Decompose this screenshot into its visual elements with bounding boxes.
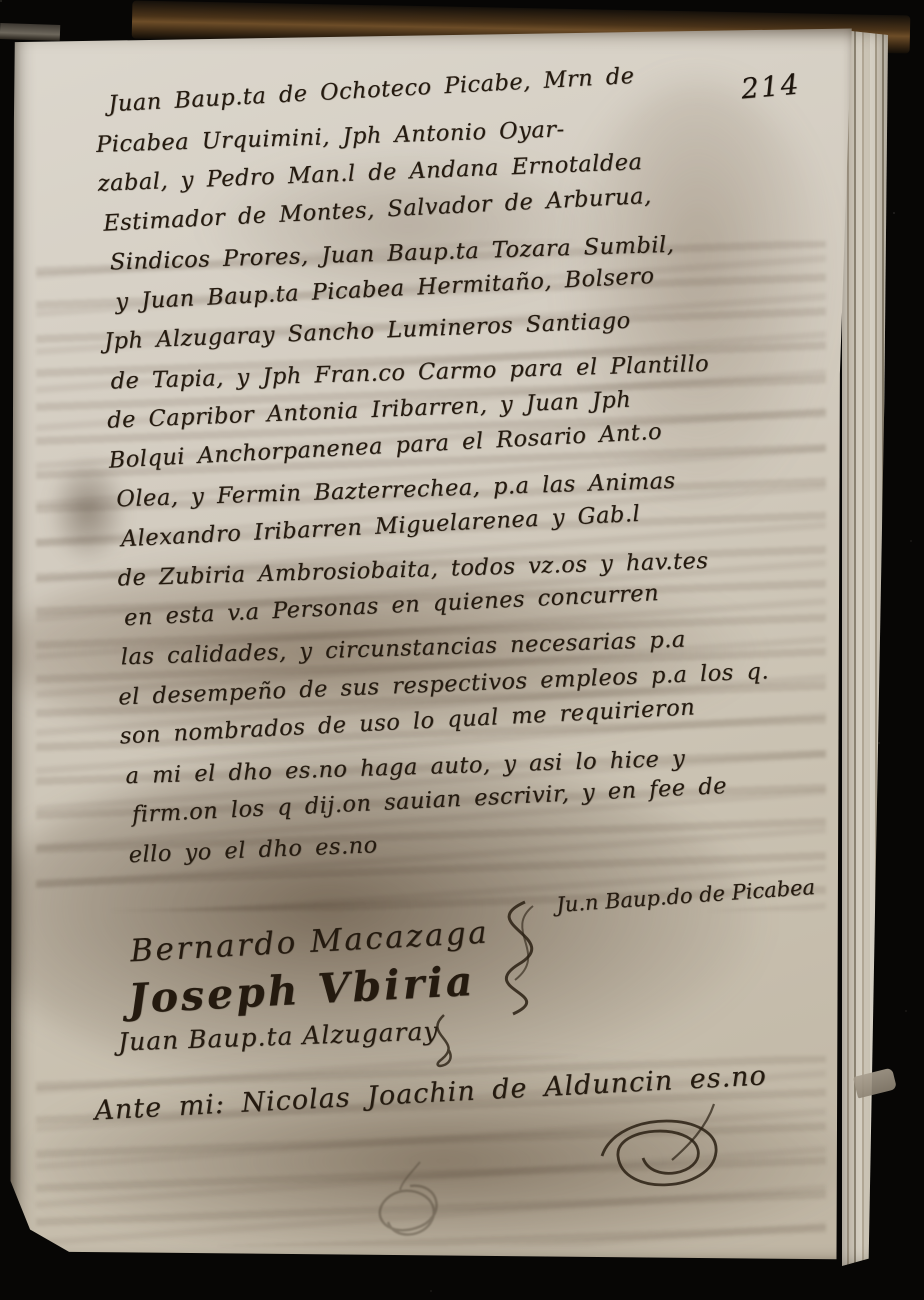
manuscript-page: 214 Juan Baup.ta de Ochoteco Picabe, Mrn… — [8, 26, 856, 1268]
dust-specks — [0, 0, 2, 2]
manuscript-text-block: Juan Baup.ta de Ochoteco Picabe, Mrn de … — [94, 64, 825, 881]
book-cover-corner — [0, 23, 60, 41]
manuscript-photograph: 214 Juan Baup.ta de Ochoteco Picabe, Mrn… — [0, 0, 924, 1300]
signature-juan-bautista-alzugaray: Juan Baup.ta Alzugaray — [118, 1016, 439, 1056]
